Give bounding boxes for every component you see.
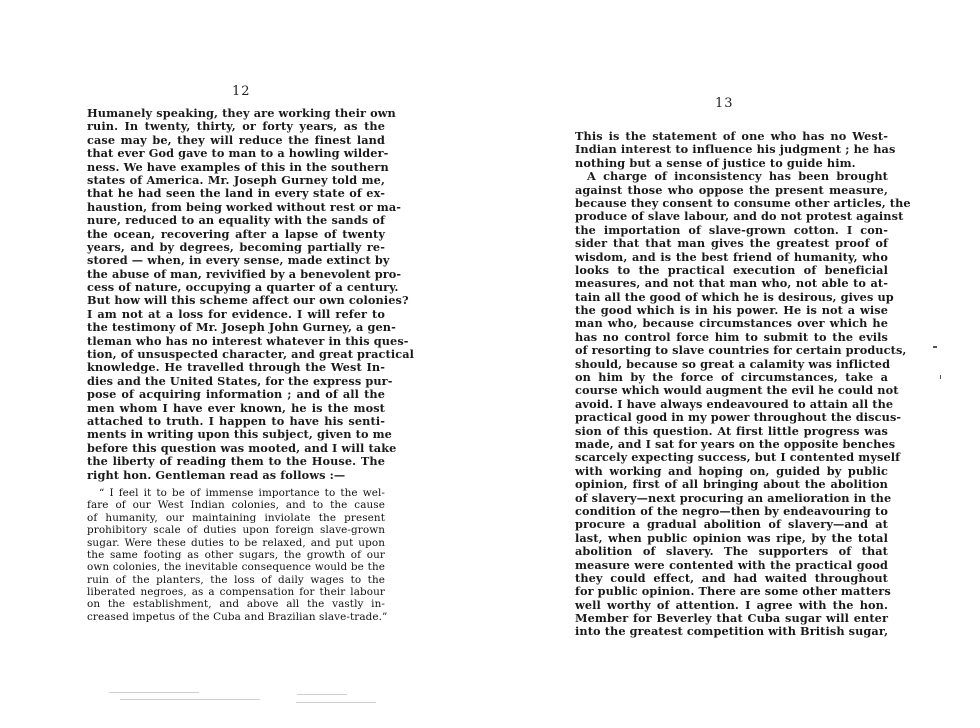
text-line: ments in writing upon this subject, give… xyxy=(87,428,385,441)
text-line: wisdom, and is the best friend of humani… xyxy=(575,251,888,264)
text-line: condition of the negro—then by endeavour… xyxy=(575,505,888,518)
text-line: attached to truth. I happen to have his … xyxy=(87,415,385,428)
text-line: because they consent to consume other ar… xyxy=(575,197,888,210)
statement-paragraph: This is the statement of one who has no … xyxy=(575,130,888,170)
bleed-through-line xyxy=(296,702,376,703)
text-line: But how will this scheme affect our own … xyxy=(87,294,385,307)
text-line: the same footing as other sugars, the gr… xyxy=(87,549,385,561)
text-line: looks to the practical execution of bene… xyxy=(575,264,888,277)
text-line: measures, and not that man who, not able… xyxy=(575,277,888,290)
speech-paragraph: Humanely speaking, they are working thei… xyxy=(87,107,385,482)
text-line: Member for Beverley that Cuba sugar will… xyxy=(575,612,888,625)
text-line: that ever God gave to man to a howling w… xyxy=(87,147,385,160)
text-line: case may be, they will reduce the finest… xyxy=(87,134,385,147)
text-line: procure a gradual abolition of slavery—a… xyxy=(575,518,888,531)
text-line: knowledge. He travelled through the West… xyxy=(87,361,385,374)
text-line: of resorting to slave countries for cert… xyxy=(575,344,888,357)
text-line: ruin. In twenty, thirty, or forty years,… xyxy=(87,120,385,133)
page-number: 12 xyxy=(232,84,251,99)
text-line: the ocean, recovering after a lapse of t… xyxy=(87,228,385,241)
text-line: of slavery—next procuring an amelioratio… xyxy=(575,492,888,505)
text-line: the good which is in his power. He is no… xyxy=(575,304,888,317)
text-line: prohibitory scale of duties upon foreign… xyxy=(87,524,385,536)
bleed-through-line xyxy=(297,694,347,695)
text-line: the liberty of reading them to the House… xyxy=(87,455,385,468)
text-line: opinion, first of all bringing about the… xyxy=(575,478,888,491)
text-line: Indian interest to influence his judgmen… xyxy=(575,143,888,156)
page-number: 13 xyxy=(715,96,734,111)
text-line: stored — when, in every sense, made exti… xyxy=(87,254,385,267)
text-line: on the establishment, and above all the … xyxy=(87,598,385,610)
text-line: last, when public opinion was ripe, by t… xyxy=(575,532,888,545)
text-line: men whom I have ever known, he is the mo… xyxy=(87,402,385,415)
text-line: with working and hoping on, guided by pu… xyxy=(575,465,888,478)
text-line: ruin of the planters, the loss of daily … xyxy=(87,574,385,586)
text-line: right hon. Gentleman read as follows :— xyxy=(87,469,385,482)
text-line: nure, reduced to an equality with the sa… xyxy=(87,214,385,227)
text-line: tleman who has no interest whatever in t… xyxy=(87,335,385,348)
text-line: states of America. Mr. Joseph Gurney tol… xyxy=(87,174,385,187)
scan-artifact-mark xyxy=(933,346,937,348)
text-line: nothing but a sense of justice to guide … xyxy=(575,157,888,170)
text-line: Humanely speaking, they are working thei… xyxy=(87,107,385,120)
text-line: liberated negroes, as a compensation for… xyxy=(87,586,385,598)
text-line: tain all the good of which he is desirou… xyxy=(575,291,888,304)
bleed-through-line xyxy=(109,692,199,693)
text-line: the importation of slave-grown cotton. I… xyxy=(575,224,888,237)
text-line: man who, because circumstances over whic… xyxy=(575,317,888,330)
bleed-through-line xyxy=(120,699,260,700)
text-line: into the greatest competition with Briti… xyxy=(575,625,888,638)
text-line: before this question was mooted, and I w… xyxy=(87,442,385,455)
text-line: course which would augment the evil he c… xyxy=(575,384,888,397)
text-line: the abuse of man, revivified by a benevo… xyxy=(87,268,385,281)
text-line: pose of acquiring information ; and of a… xyxy=(87,388,385,401)
text-line: This is the statement of one who has no … xyxy=(575,130,888,143)
text-line: fare of our West Indian colonies, and to… xyxy=(87,499,385,511)
text-line: sugar. Were these duties to be relaxed, … xyxy=(87,537,385,549)
text-line: they could effect, and had waited throug… xyxy=(575,572,888,585)
text-line: scarcely expecting success, but I conten… xyxy=(575,451,888,464)
text-line: years, and by degrees, becoming partiall… xyxy=(87,241,385,254)
text-line: well worthy of attention. I agree with t… xyxy=(575,599,888,612)
text-line: produce of slave labour, and do not prot… xyxy=(575,210,888,223)
text-line: has no control force him to submit to th… xyxy=(575,331,888,344)
text-line: own colonies, the inevitable consequence… xyxy=(87,561,385,573)
text-line: sider that that man gives the greatest p… xyxy=(575,237,888,250)
inconsistency-paragraph: A charge of inconsistency has been broug… xyxy=(575,170,888,639)
text-line: creased impetus of the Cuba and Brazilia… xyxy=(87,611,385,623)
text-line: abolition of slavery. The supporters of … xyxy=(575,545,888,558)
text-line: made, and I sat for years on the opposit… xyxy=(575,438,888,451)
text-line: “ I feel it to be of immense importance … xyxy=(87,487,385,499)
text-line: haustion, from being worked without rest… xyxy=(87,201,385,214)
right-page-text: This is the statement of one who has no … xyxy=(575,130,888,639)
text-line: for public opinion. There are some other… xyxy=(575,585,888,598)
text-line: A charge of inconsistency has been broug… xyxy=(575,170,888,183)
text-line: the testimony of Mr. Joseph John Gurney,… xyxy=(87,321,385,334)
text-line: practical good in my power throughout th… xyxy=(575,411,888,424)
text-line: measure were contented with the practica… xyxy=(575,559,888,572)
text-line: should, because so great a calamity was … xyxy=(575,358,888,371)
text-line: that he had seen the land in every state… xyxy=(87,187,385,200)
text-line: dies and the United States, for the expr… xyxy=(87,375,385,388)
scan-artifact-mark xyxy=(940,375,941,379)
text-line: tion, of unsuspected character, and grea… xyxy=(87,348,385,361)
text-line: against those who oppose the present mea… xyxy=(575,184,888,197)
quoted-passage: “ I feel it to be of immense importance … xyxy=(87,487,385,623)
text-line: cess of nature, occupying a quarter of a… xyxy=(87,281,385,294)
text-line: on him by the force of circumstances, ta… xyxy=(575,371,888,384)
left-page-text: Humanely speaking, they are working thei… xyxy=(87,107,385,623)
text-line: ness. We have examples of this in the so… xyxy=(87,161,385,174)
text-line: of humanity, our maintaining inviolate t… xyxy=(87,512,385,524)
text-line: I am not at a loss for evidence. I will … xyxy=(87,308,385,321)
text-line: sion of this question. At first little p… xyxy=(575,425,888,438)
text-line: avoid. I have always endeavoured to atta… xyxy=(575,398,888,411)
